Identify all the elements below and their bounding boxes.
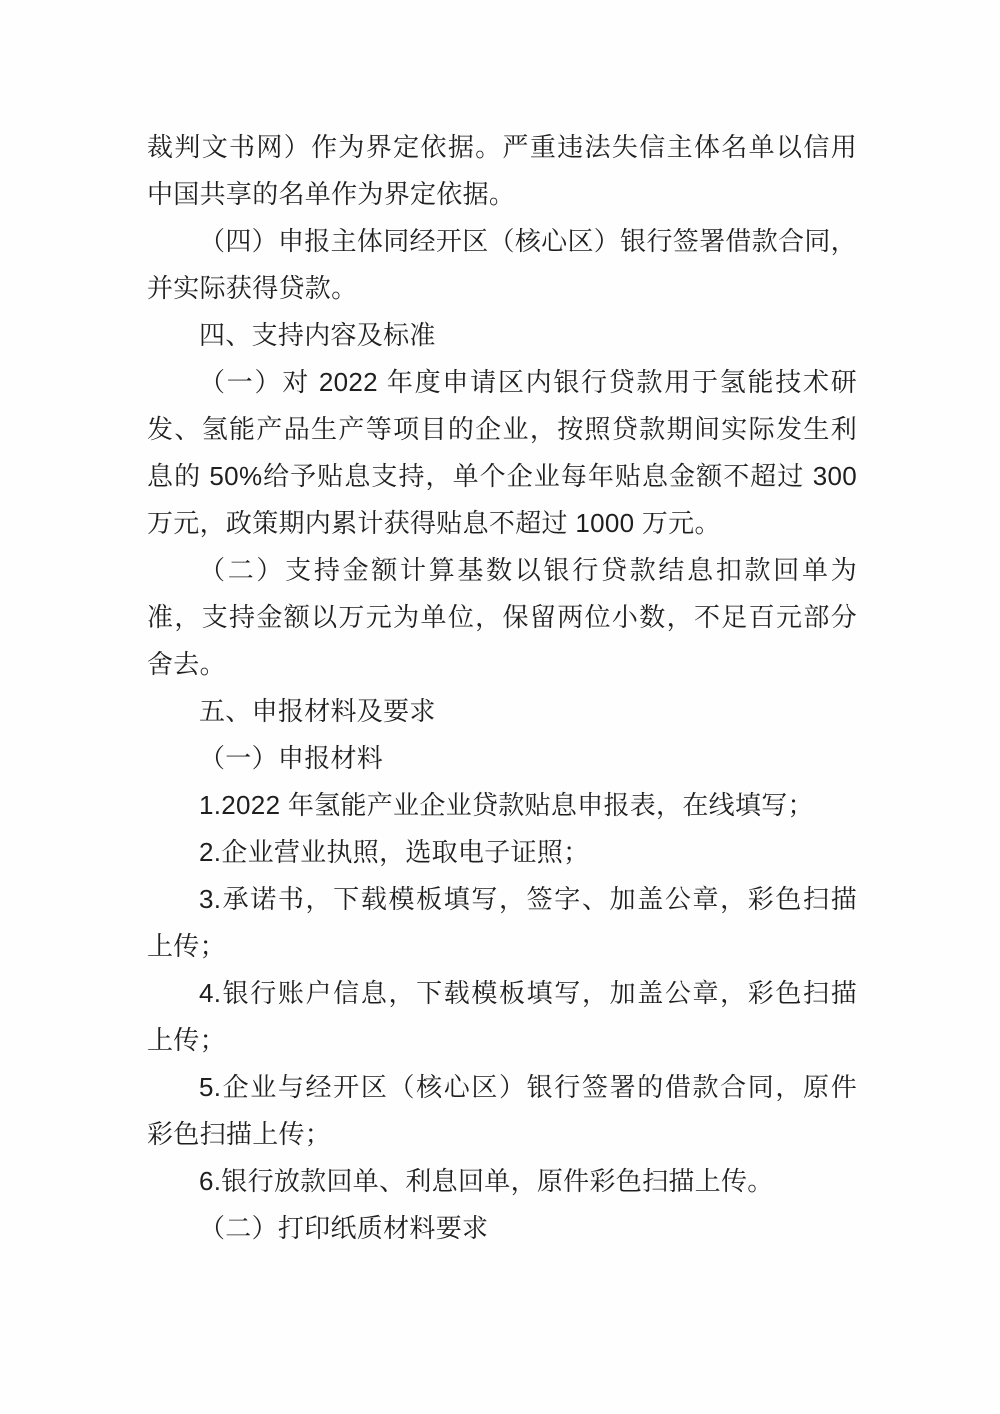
text-line: 5.企业与经开区（核心区）银行签署的借款合同，原件 — [147, 1064, 857, 1111]
text-line: 并实际获得贷款。 — [147, 265, 857, 312]
text-line: 裁判文书网）作为界定依据。严重违法失信主体名单以信用 — [147, 124, 857, 171]
text-line: 发、氢能产品生产等项目的企业，按照贷款期间实际发生利 — [147, 406, 857, 453]
text-line: 6.银行放款回单、利息回单，原件彩色扫描上传。 — [147, 1158, 857, 1205]
text-line: 息的 50%给予贴息支持，单个企业每年贴息金额不超过 300 — [147, 453, 857, 500]
document-page: 裁判文书网）作为界定依据。严重违法失信主体名单以信用中国共享的名单作为界定依据。… — [0, 0, 1000, 1414]
text-line: （一）对 2022 年度申请区内银行贷款用于氢能技术研 — [147, 359, 857, 406]
text-line: 上传； — [147, 923, 857, 970]
document-text: 裁判文书网）作为界定依据。严重违法失信主体名单以信用中国共享的名单作为界定依据。… — [147, 124, 857, 1252]
text-line: 2.企业营业执照，选取电子证照； — [147, 829, 857, 876]
text-line: 4.银行账户信息，下载模板填写，加盖公章，彩色扫描 — [147, 970, 857, 1017]
text-line: 3.承诺书，下载模板填写，签字、加盖公章，彩色扫描 — [147, 876, 857, 923]
text-line: 上传； — [147, 1017, 857, 1064]
text-line: 1.2022 年氢能产业企业贷款贴息申报表，在线填写； — [147, 782, 857, 829]
text-line: 万元，政策期内累计获得贴息不超过 1000 万元。 — [147, 500, 857, 547]
text-line: 彩色扫描上传； — [147, 1111, 857, 1158]
text-line: （二）打印纸质材料要求 — [147, 1205, 857, 1252]
text-line: 准，支持金额以万元为单位，保留两位小数，不足百元部分 — [147, 594, 857, 641]
text-line: （四）申报主体同经开区（核心区）银行签署借款合同， — [147, 218, 857, 265]
text-line: 中国共享的名单作为界定依据。 — [147, 171, 857, 218]
text-line: （一）申报材料 — [147, 735, 857, 782]
text-line: （二）支持金额计算基数以银行贷款结息扣款回单为 — [147, 547, 857, 594]
text-line: 舍去。 — [147, 641, 857, 688]
text-line: 四、支持内容及标准 — [147, 312, 857, 359]
text-line: 五、申报材料及要求 — [147, 688, 857, 735]
